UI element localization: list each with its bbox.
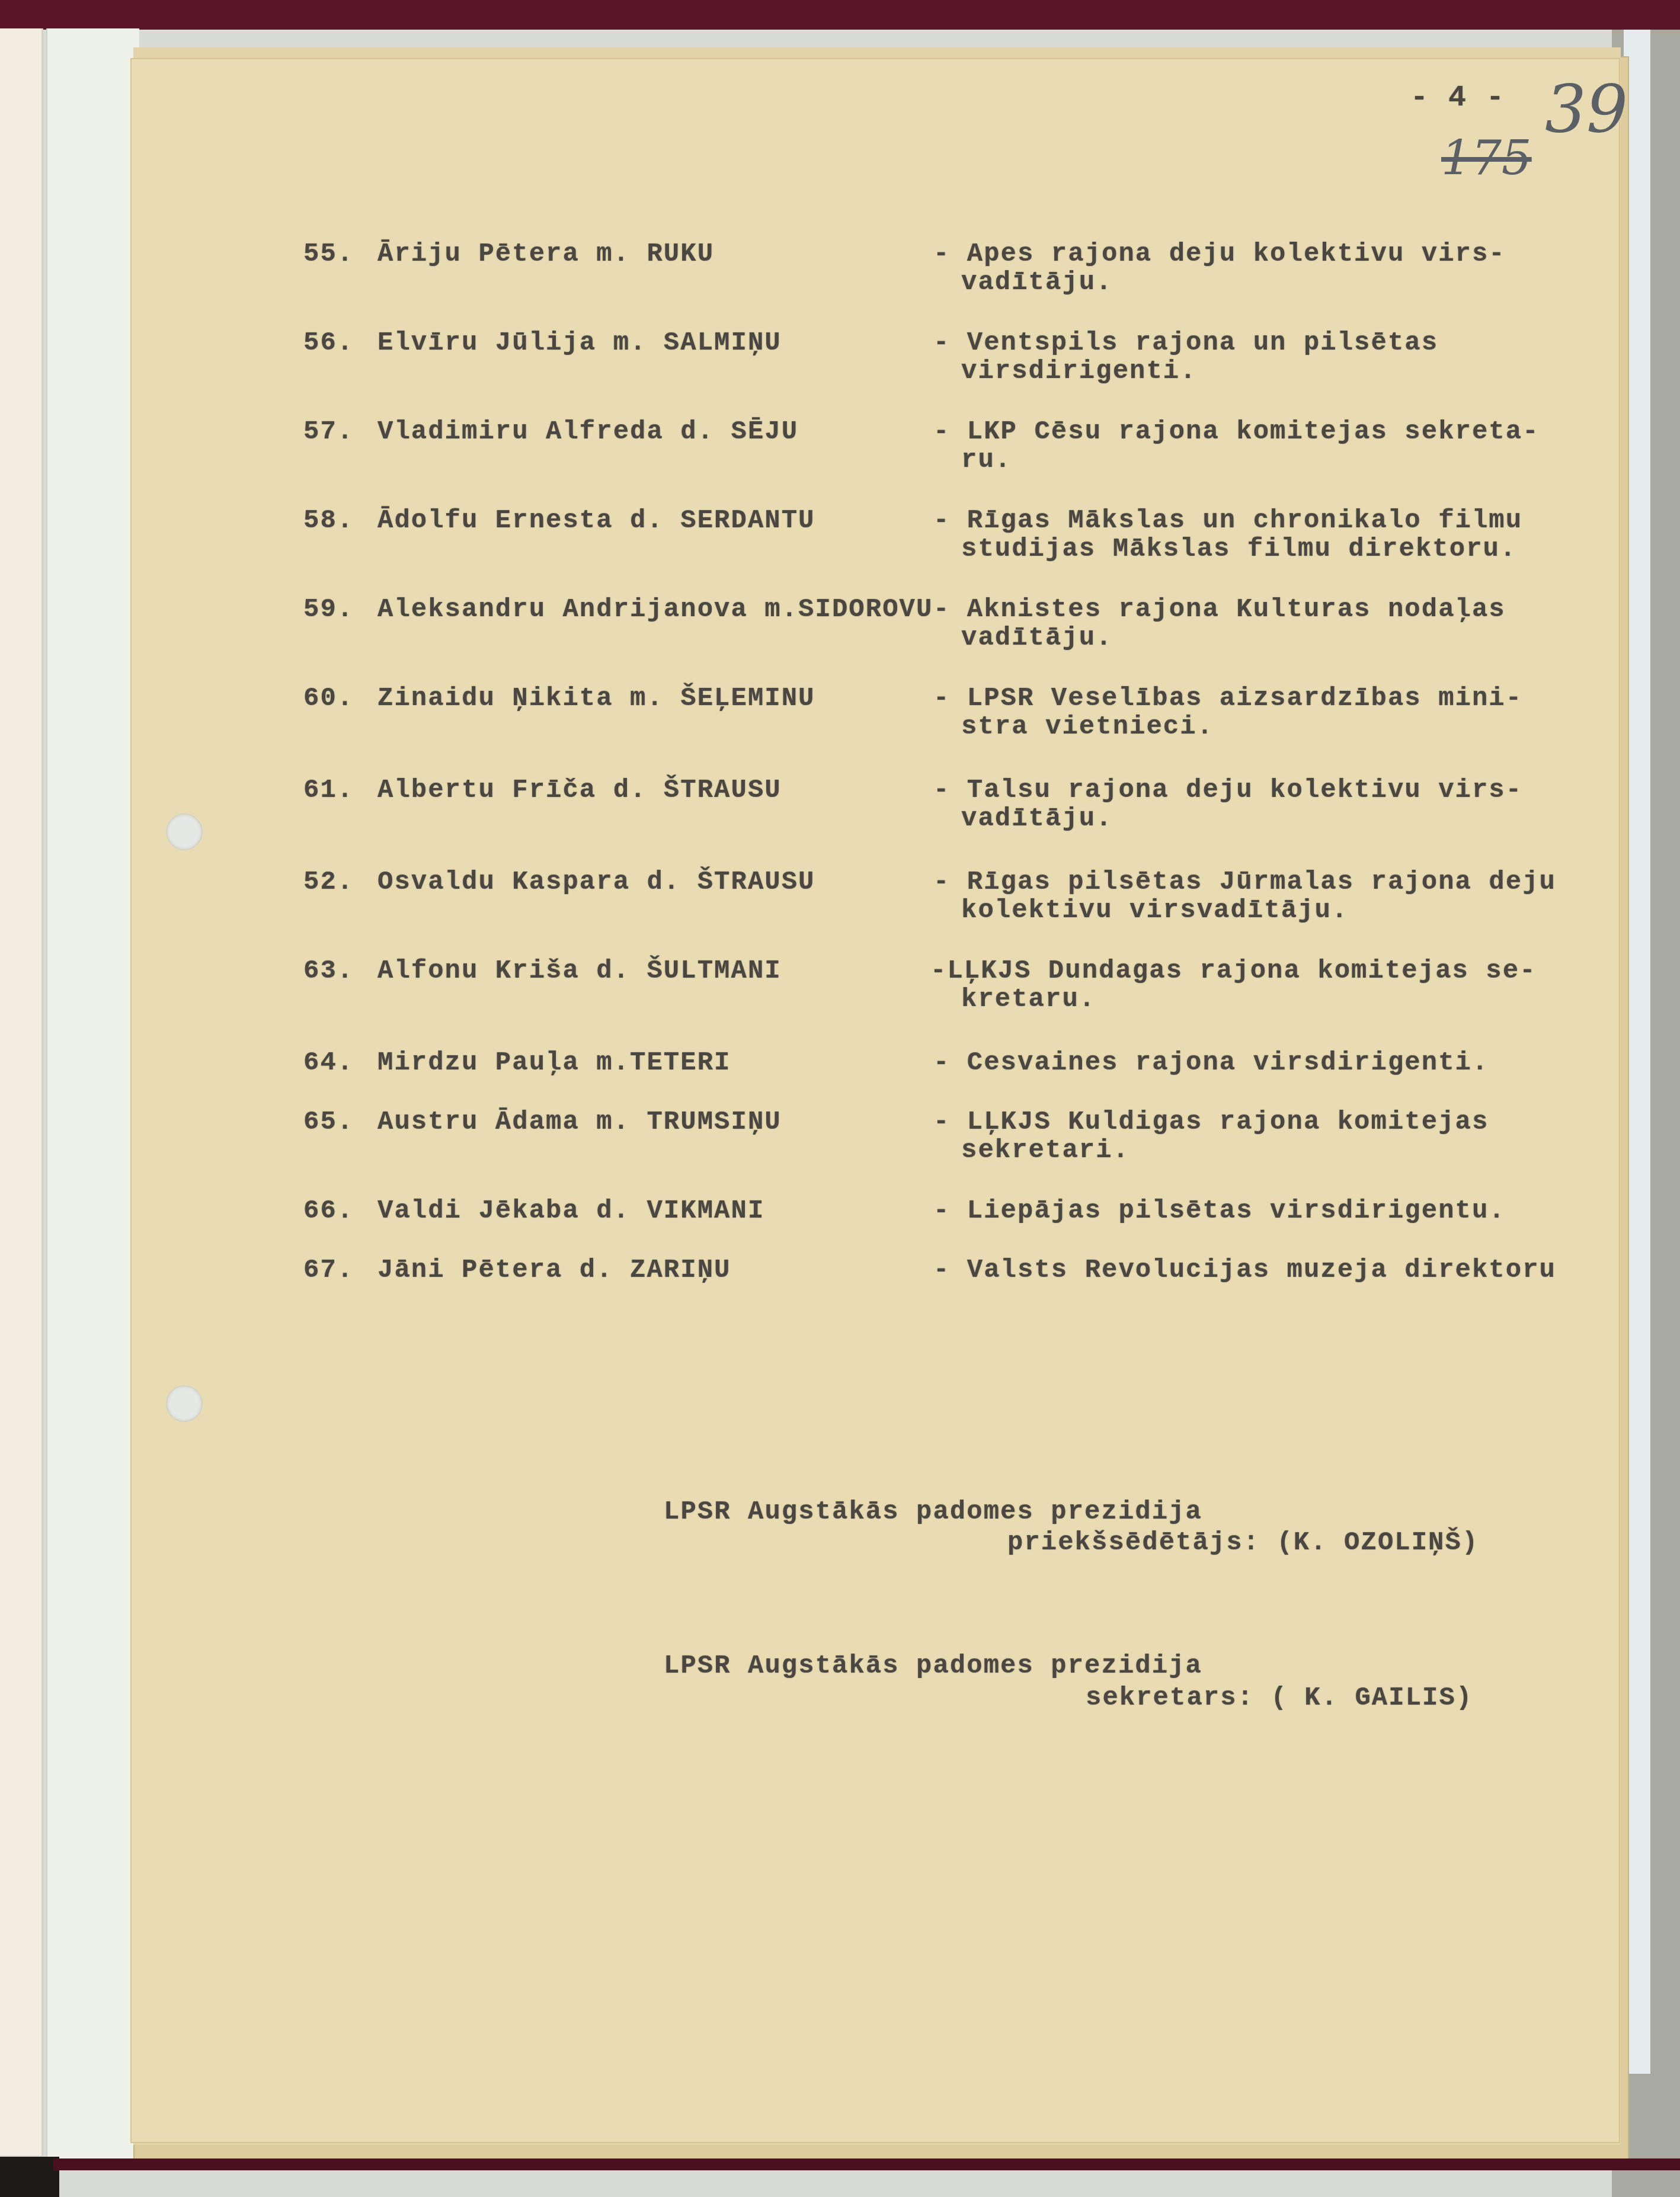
facing-page-edge [0,28,43,2156]
entry-number: 67. [303,1256,354,1285]
entry-role: - LPSR Veselības aizsardzības mini- [933,684,1522,713]
entry-role: - LKP Cēsu rajona komitejas sekreta- [933,418,1540,446]
binding-cloth-bottom [53,2158,1680,2170]
entry-number: 52. [303,868,354,896]
entry-name: Austru Ādama m. TRUMSIŅU [377,1108,782,1136]
entry-role-continuation: ru. [961,446,1012,475]
entry-number: 55. [303,240,354,268]
entry-name: Elvīru Jūlija m. SALMIŅU [377,329,782,357]
page-number: - 4 - [1410,84,1505,113]
entry-role: - Ventspils rajona un pilsētas [933,329,1438,357]
entry-name: Jāni Pētera d. ZARIŅU [377,1256,731,1285]
document-page: - 4 - 39 175 55.Āriju Pētera m. RUKU- Ap… [132,59,1619,2142]
binding-cloth-top [0,0,1680,30]
entry-role: - Rīgas pilsētas Jūrmalas rajona deju [933,868,1556,896]
entry-role: - Liepājas pilsētas virsdirigentu. [933,1197,1506,1225]
entry-role-continuation: vadītāju. [961,268,1113,297]
entry-name: Albertu Frīča d. ŠTRAUSU [377,776,782,805]
handwritten-old-folio: 175 [1441,130,1532,185]
entry-role-continuation: vadītāju. [961,805,1113,833]
entry-number: 58. [303,507,354,535]
entry-role: - Apes rajona deju kolektivu virs- [933,240,1506,268]
entry-role-continuation: virsdirigenti. [961,357,1197,386]
entry-name: Osvaldu Kaspara d. ŠTRAUSU [377,868,815,896]
signature-2-name: sekretars: ( K. GAILIS) [1086,1684,1473,1712]
entry-number: 59. [303,595,354,624]
entry-name: Mirdzu Pauļa m.TETERI [377,1049,731,1077]
entry-role-continuation: stra vietnieci. [961,713,1214,741]
entry-number: 65. [303,1108,354,1136]
entry-number: 64. [303,1049,354,1077]
entry-role: - Valsts Revolucijas muzeja direktoru [933,1256,1556,1285]
entry-name: Valdi Jēkaba d. VIKMANI [377,1197,764,1225]
entry-name: Ādolfu Ernesta d. SERDANTU [377,507,815,535]
entry-role-continuation: sekretari. [961,1136,1129,1165]
entry-number: 60. [303,684,354,713]
entry-number: 63. [303,957,354,985]
entry-role: - Talsu rajona deju kolektivu virs- [933,776,1522,805]
punch-hole [166,814,203,850]
entry-role: - Cesvaines rajona virsdirigenti. [933,1049,1489,1077]
entry-role: - LĻKJS Kuldigas rajona komitejas [933,1108,1489,1136]
entry-number: 66. [303,1197,354,1225]
entry-role: -LĻKJS Dundagas rajona komitejas se- [930,957,1537,985]
handwritten-folio: 39 [1545,71,1628,147]
entry-role: - Aknistes rajona Kulturas nodaļas [933,595,1506,624]
entry-number: 57. [303,418,354,446]
entry-name: Aleksandru Andrijanova m.SIDOROVU [377,595,933,624]
signature-2-title: LPSR Augstākās padomes prezidija [664,1652,1202,1680]
entry-name: Vladimiru Alfreda d. SĒJU [377,418,798,446]
entry-role-continuation: vadītāju. [961,624,1113,652]
entry-number: 56. [303,329,354,357]
entry-name: Zinaidu Ņikita m. ŠEĻEMINU [377,684,815,713]
shadow [0,2157,59,2197]
punch-hole [166,1385,203,1422]
entry-name: Alfonu Kriša d. ŠULTMANI [377,957,782,985]
entry-role-continuation: kolektivu virsvadītāju. [961,896,1348,925]
entry-role: - Rīgas Mākslas un chronikalo filmu [933,507,1522,535]
guard-strip [46,28,139,2161]
entry-role-continuation: studijas Mākslas filmu direktoru. [961,535,1516,563]
entry-name: Āriju Pētera m. RUKU [377,240,714,268]
signature-1-name: priekšsēdētājs: (K. OZOLIŅŠ) [1007,1529,1479,1557]
entry-role-continuation: kretaru. [961,985,1096,1014]
entry-number: 61. [303,776,354,805]
signature-1-title: LPSR Augstākās padomes prezidija [664,1498,1202,1526]
